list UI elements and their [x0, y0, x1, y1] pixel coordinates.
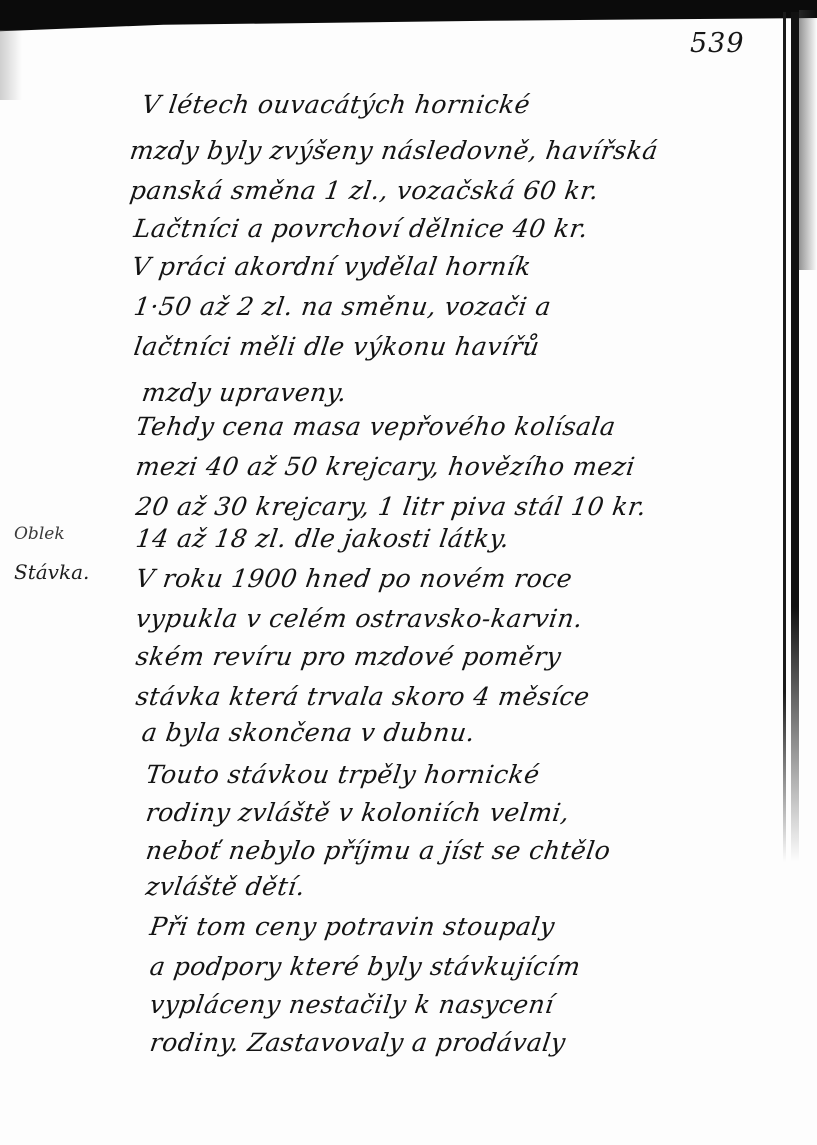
margin-rule-outer	[791, 12, 799, 862]
handwritten-line: vypláceny nestačily k nasycení	[148, 990, 556, 1019]
scanned-page: 539 Oblek Stávka. V létech ouvacátých ho…	[0, 0, 817, 1145]
handwritten-line: a byla skončena v dubnu.	[140, 718, 477, 747]
handwritten-line: neboť nebylo příjmu a jíst se chtělo	[144, 836, 612, 865]
binding-shadow	[799, 10, 817, 270]
handwritten-line: ském revíru pro mzdové poměry	[134, 642, 563, 671]
handwritten-line: zvláště dětí.	[144, 872, 307, 901]
scanner-left-grain	[0, 30, 22, 100]
margin-rule-inner	[783, 12, 786, 862]
handwritten-line: vypukla v celém ostravsko-karvin.	[134, 604, 585, 633]
handwritten-line: stávka která trvala skoro 4 měsíce	[134, 682, 592, 711]
handwritten-line: lačtníci měli dle výkonu havířů	[132, 332, 542, 361]
margin-note-line-1: Oblek	[14, 524, 65, 544]
page-number: 539	[690, 28, 745, 59]
handwritten-line: 20 až 30 krejcary, 1 litr piva stál 10 k…	[134, 492, 648, 521]
handwritten-line: 14 až 18 zl. dle jakosti látky.	[134, 524, 511, 553]
handwritten-line: V roku 1900 hned po novém roce	[134, 564, 574, 593]
handwritten-line: Touto stávkou trpěly hornické	[144, 760, 542, 789]
handwritten-line: Při tom ceny potravin stoupaly	[148, 912, 557, 941]
handwritten-line: panská směna 1 zl., vozačská 60 kr.	[128, 176, 601, 205]
handwritten-line: a podpory které byly stávkujícím	[148, 952, 583, 981]
handwritten-line: rodiny zvláště v koloniích velmi,	[144, 798, 572, 827]
handwritten-line: V létech ouvacátých hornické	[140, 90, 532, 119]
handwritten-line: Tehdy cena masa vepřového kolísala	[134, 412, 618, 441]
margin-note-line-2: Stávka.	[14, 560, 89, 584]
handwritten-line: mzdy upraveny.	[140, 378, 349, 407]
handwritten-line: 1·50 až 2 zl. na směnu, vozači a	[132, 292, 553, 321]
handwritten-line: mzdy byly zvýšeny následovně, havířská	[128, 136, 660, 165]
handwritten-line: mezi 40 až 50 krejcary, hovězího mezi	[134, 452, 637, 481]
handwritten-line: V práci akordní vydělal horník	[130, 252, 533, 281]
handwritten-line: Lačtníci a povrchoví dělnice 40 kr.	[132, 214, 590, 243]
handwritten-line: rodiny. Zastavovaly a prodávaly	[148, 1028, 568, 1057]
